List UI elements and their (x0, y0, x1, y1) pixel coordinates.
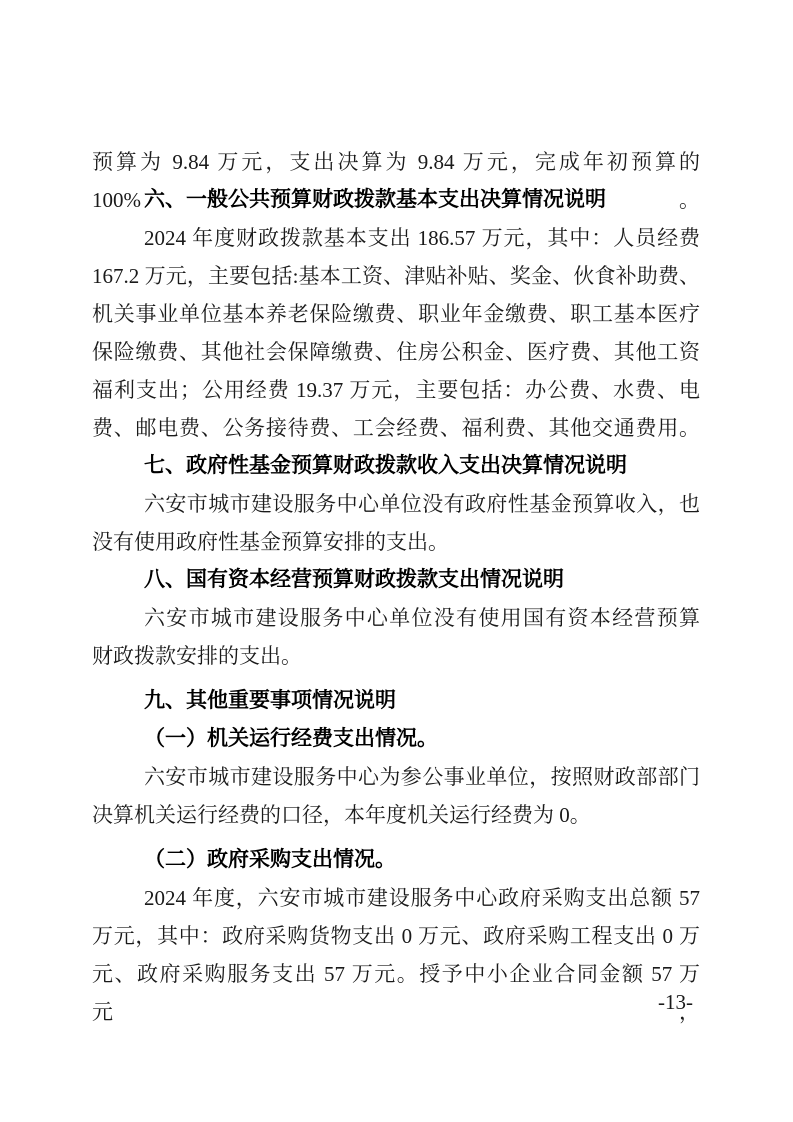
text-line: 七、政府性基金预算财政拨款收入支出决算情况说明 (92, 447, 700, 485)
text-line: 2024 年度，六安市城市建设服务中心政府采购支出总额 57 (92, 879, 700, 917)
page-number: -13- (658, 990, 693, 1014)
text-line: 2024 年度财政拨款基本支出 186.57 万元，其中：人员经费 (92, 219, 700, 257)
text-line: 预算为 9.84 万元，支出决算为 9.84 万元，完成年初预算的 100%。 (92, 143, 700, 181)
text-line: 保险缴费、其他社会保障缴费、住房公积金、医疗费、其他工资 (92, 333, 700, 371)
text-line: 机关事业单位基本养老保险缴费、职业年金缴费、职工基本医疗 (92, 295, 700, 333)
text-line: 福利支出；公用经费 19.37 万元，主要包括：办公费、水费、电 (92, 371, 700, 409)
text-line: （一）机关运行经费支出情况。 (92, 720, 700, 758)
text-line: 财政拨款安排的支出。 (92, 637, 700, 675)
text-line: 万元，其中：政府采购货物支出 0 万元、政府采购工程支出 0 万 (92, 917, 700, 955)
text-line: 六安市城市建设服务中心为参公事业单位，按照财政部部门 (92, 758, 700, 796)
text-line: 六安市城市建设服务中心单位没有政府性基金预算收入，也 (92, 485, 700, 523)
text-line: 决算机关运行经费的口径，本年度机关运行经费为 0。 (92, 796, 700, 834)
document-page: 预算为 9.84 万元，支出决算为 9.84 万元，完成年初预算的 100%。六… (0, 0, 793, 1122)
text-line: 167.2 万元，主要包括:基本工资、津贴补贴、奖金、伙食补助费、 (92, 257, 700, 295)
document-body: 预算为 9.84 万元，支出决算为 9.84 万元，完成年初预算的 100%。六… (92, 143, 700, 993)
text-line: 八、国有资本经营预算财政拨款支出情况说明 (92, 561, 700, 599)
text-line: 六安市城市建设服务中心单位没有使用国有资本经营预算 (92, 599, 700, 637)
text-line: 九、其他重要事项情况说明 (92, 682, 700, 720)
text-line: 元、政府采购服务支出 57 万元。授予中小企业合同金额 57 万元， (92, 955, 700, 993)
text-line: 费、邮电费、公务接待费、工会经费、福利费、其他交通费用。 (92, 409, 700, 447)
text-line: （二）政府采购支出情况。 (92, 841, 700, 879)
text-line: 没有使用政府性基金预算安排的支出。 (92, 523, 700, 561)
